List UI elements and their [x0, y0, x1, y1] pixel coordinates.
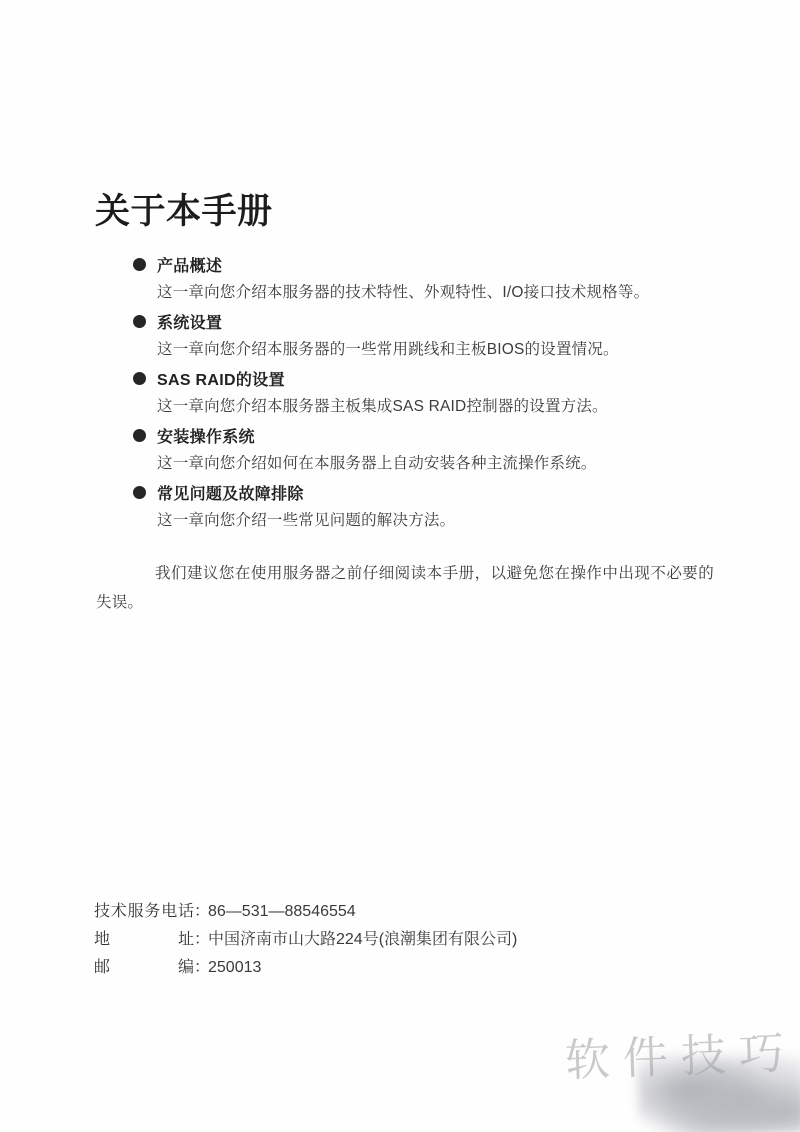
- contact-value: 250013: [208, 959, 261, 976]
- colon-separator: ：: [194, 926, 208, 954]
- bullet-icon: [133, 315, 146, 328]
- chapter-item: SAS RAID的设置这一章向您介绍本服务器主板集成SAS RAID控制器的设置…: [133, 364, 713, 421]
- contact-label: 地址: [94, 926, 194, 954]
- chapter-heading-row: 常见问题及故障排除: [133, 478, 713, 507]
- advice-paragraph: 我们建议您在使用服务器之前仔细阅读本手册，以避免您在操作中出现不必要的失误。: [96, 560, 714, 617]
- bullet-icon: [133, 258, 146, 271]
- bullet-icon: [133, 486, 146, 499]
- contact-label: 技术服务电话: [94, 898, 194, 926]
- chapter-item: 安装操作系统这一章向您介绍如何在本服务器上自动安装各种主流操作系统。: [133, 421, 713, 478]
- chapter-description: 这一章向您介绍如何在本服务器上自动安装各种主流操作系统。: [157, 450, 713, 479]
- chapter-heading: 系统设置: [157, 310, 222, 333]
- chapter-description: 这一章向您介绍本服务器主板集成SAS RAID控制器的设置方法。: [157, 393, 713, 422]
- chapter-heading-row: 安装操作系统: [133, 421, 713, 450]
- scan-smudge: [637, 1047, 800, 1132]
- chapter-list: 产品概述这一章向您介绍本服务器的技术特性、外观特性、I/O接口技术规格等。系统设…: [133, 250, 713, 535]
- page-title: 关于本手册: [95, 191, 273, 233]
- contact-value: 86—531—88546554: [208, 903, 356, 920]
- chapter-description: 这一章向您介绍本服务器的技术特性、外观特性、I/O接口技术规格等。: [157, 279, 713, 308]
- chapter-heading: 产品概述: [157, 253, 222, 276]
- chapter-item: 常见问题及故障排除这一章向您介绍一些常见问题的解决方法。: [133, 478, 713, 535]
- chapter-heading-row: 产品概述: [133, 250, 713, 279]
- chapter-heading-row: SAS RAID的设置: [133, 364, 713, 393]
- contact-value: 中国济南市山大路224号(浪潮集团有限公司): [208, 931, 517, 948]
- contact-row: 邮编：250013: [94, 954, 517, 982]
- contact-label: 邮编: [94, 954, 194, 982]
- chapter-item: 产品概述这一章向您介绍本服务器的技术特性、外观特性、I/O接口技术规格等。: [133, 250, 713, 307]
- chapter-heading: SAS RAID的设置: [157, 367, 285, 390]
- chapter-heading: 安装操作系统: [157, 424, 255, 447]
- contact-block: 技术服务电话：86—531—88546554地址：中国济南市山大路224号(浪潮…: [94, 898, 517, 982]
- colon-separator: ：: [194, 954, 208, 982]
- manual-page: 关于本手册 产品概述这一章向您介绍本服务器的技术特性、外观特性、I/O接口技术规…: [0, 0, 800, 1132]
- bullet-icon: [133, 429, 146, 442]
- chapter-heading: 常见问题及故障排除: [157, 481, 304, 504]
- contact-row: 技术服务电话：86—531—88546554: [94, 898, 517, 926]
- chapter-description: 这一章向您介绍本服务器的一些常用跳线和主板BIOS的设置情况。: [157, 336, 713, 365]
- chapter-heading-row: 系统设置: [133, 307, 713, 336]
- bullet-icon: [133, 372, 146, 385]
- chapter-item: 系统设置这一章向您介绍本服务器的一些常用跳线和主板BIOS的设置情况。: [133, 307, 713, 364]
- contact-row: 地址：中国济南市山大路224号(浪潮集团有限公司): [94, 926, 517, 954]
- chapter-description: 这一章向您介绍一些常见问题的解决方法。: [157, 507, 713, 536]
- colon-separator: ：: [194, 898, 208, 926]
